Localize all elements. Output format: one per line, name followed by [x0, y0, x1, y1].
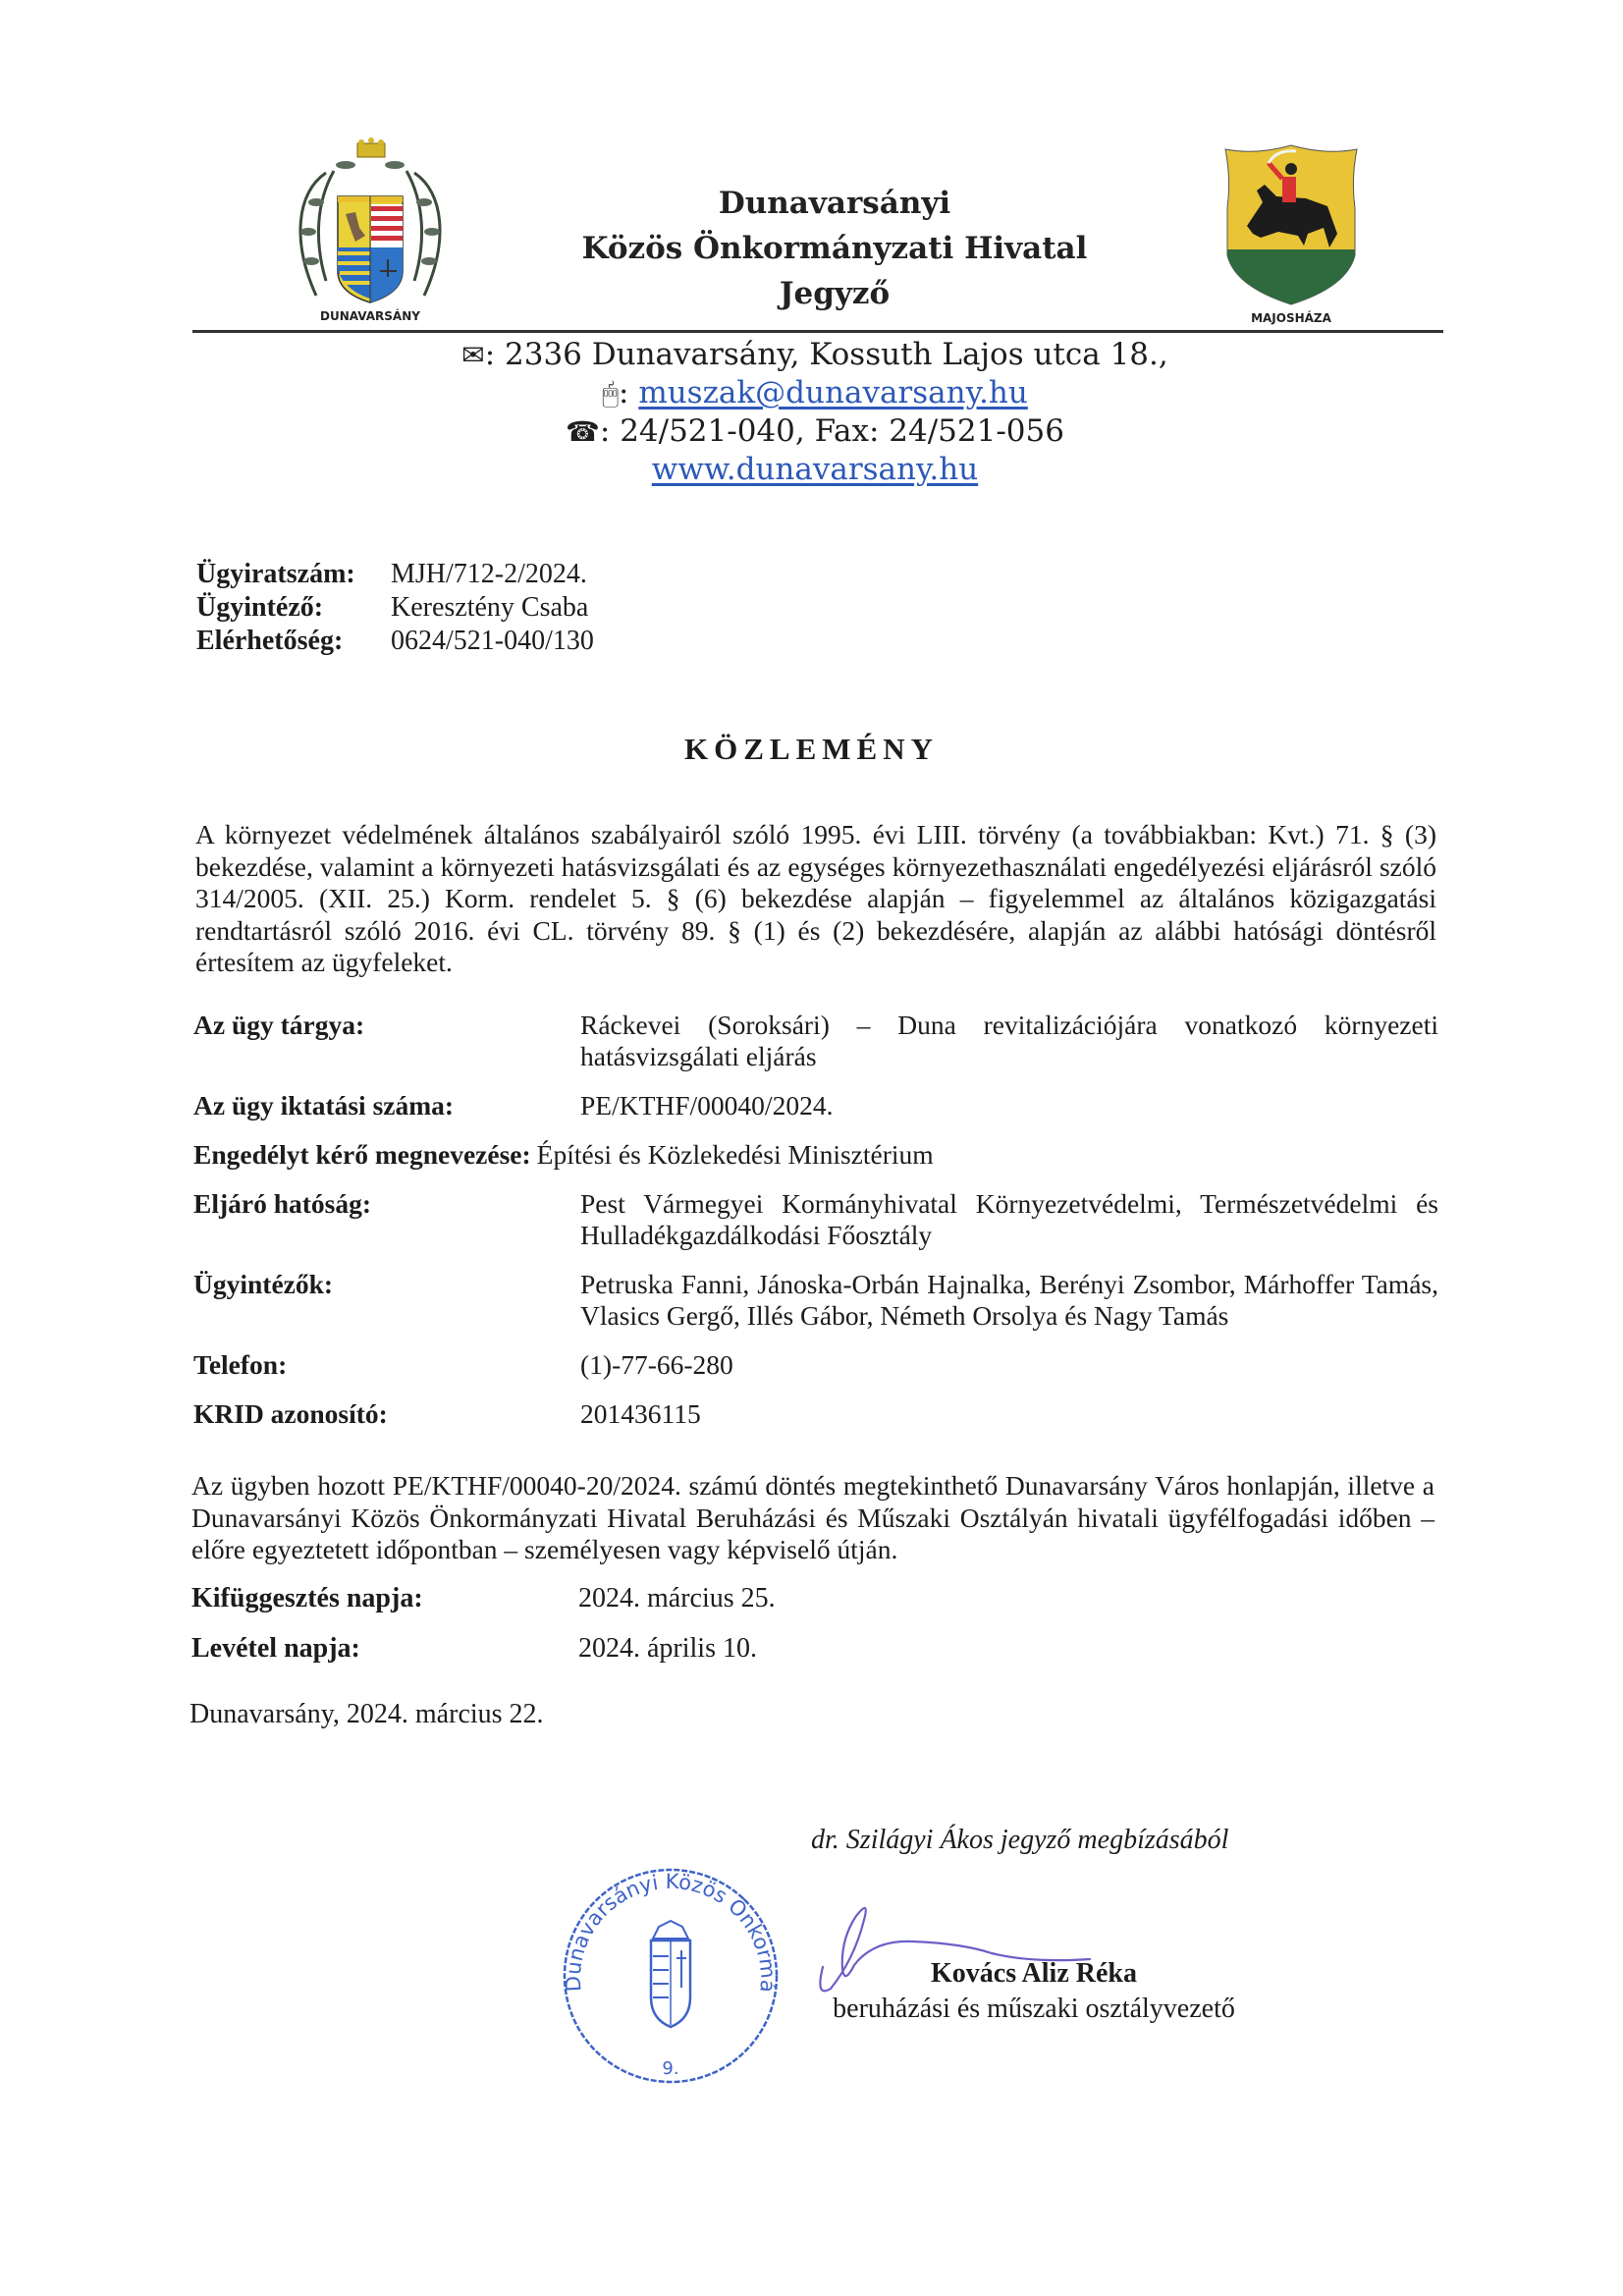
decision-paragraph: Az ügyben hozott PE/KTHF/00040-20/2024. …	[191, 1470, 1434, 1566]
date-row: Kifüggesztés napja: 2024. március 25.	[191, 1583, 776, 1614]
telephone-icon: ☎	[566, 415, 600, 448]
field-label: Az ügy iktatási száma:	[193, 1090, 580, 1121]
field-label: Eljáró hatóság:	[193, 1188, 580, 1251]
email-link[interactable]: muszak@dunavarsany.hu	[638, 375, 1027, 410]
contact-block: ✉: 2336 Dunavarsány, Kossuth Lajos utca …	[295, 336, 1335, 489]
address-text: : 2336 Dunavarsány, Kossuth Lajos utca 1…	[485, 337, 1168, 372]
reference-label: Ügyintéző:	[196, 591, 391, 625]
reference-row: Elérhetőség: 0624/521-040/130	[196, 625, 594, 658]
svg-text:DUNAVARSÁNY: DUNAVARSÁNY	[320, 308, 420, 323]
office-name-line3: Jegyző	[471, 271, 1198, 316]
reference-value: MJH/712-2/2024.	[391, 558, 587, 591]
signer-role: beruházási és műszaki osztályvezető	[793, 1994, 1274, 2025]
email-line: 🖱: muszak@dunavarsany.hu	[295, 374, 1335, 412]
field-value: PE/KTHF/00040/2024.	[580, 1090, 1438, 1121]
office-name-line2: Közös Önkormányzati Hivatal	[471, 226, 1198, 271]
dunavarsany-coat-of-arms: DUNAVARSÁNY	[287, 134, 454, 326]
reference-value: 0624/521-040/130	[391, 625, 594, 658]
case-details: Az ügy tárgya: Ráckevei (Soroksári) – Du…	[193, 1010, 1438, 1448]
field-value: 201436115	[580, 1398, 1438, 1430]
field-label: Engedélyt kérő megnevezése:	[193, 1139, 537, 1171]
field-label: Az ügy tárgya:	[193, 1010, 580, 1072]
phone-line: ☎: 24/521-040, Fax: 24/521-056	[295, 412, 1335, 451]
mouse-icon: 🖱	[602, 377, 619, 410]
reference-label: Elérhetőség:	[196, 625, 391, 658]
svg-text:9.: 9.	[662, 2058, 678, 2079]
envelope-icon: ✉	[461, 339, 484, 371]
posting-dates: Kifüggesztés napja: 2024. március 25. Le…	[191, 1583, 776, 1683]
field-value: Pest Vármegyei Kormányhivatal Környezetv…	[580, 1188, 1438, 1251]
field-label: KRID azonosító:	[193, 1398, 580, 1430]
official-stamp: Dunavarsányi Közös Önkormányzati Hivatal…	[543, 1850, 798, 2101]
field-value: Ráckevei (Soroksári) – Duna revitalizáci…	[580, 1010, 1438, 1072]
field-row: Engedélyt kérő megnevezése: Építési és K…	[193, 1139, 1438, 1171]
email-separator: :	[619, 375, 638, 410]
header-divider	[192, 330, 1443, 333]
document-title: KÖZLEMÉNY	[0, 732, 1623, 767]
svg-text:MAJOSHÁZA: MAJOSHÁZA	[1251, 310, 1332, 325]
date-row: Levétel napja: 2024. április 10.	[191, 1633, 776, 1665]
field-row: Az ügy tárgya: Ráckevei (Soroksári) – Du…	[193, 1010, 1438, 1072]
field-row: KRID azonosító: 201436115	[193, 1398, 1438, 1430]
reference-value: Keresztény Csaba	[391, 591, 588, 625]
date-label: Kifüggesztés napja:	[191, 1583, 578, 1614]
office-name-line1: Dunavarsányi	[471, 181, 1198, 226]
field-row: Telefon: (1)-77-66-280	[193, 1349, 1438, 1381]
reference-block: Ügyiratszám: MJH/712-2/2024. Ügyintéző: …	[196, 558, 594, 658]
signer-name: Kovács Aliz Réka	[793, 1958, 1274, 1990]
phone-text: : 24/521-040, Fax: 24/521-056	[600, 413, 1064, 449]
date-value: 2024. március 25.	[578, 1583, 776, 1614]
office-name: Dunavarsányi Közös Önkormányzati Hivatal…	[471, 181, 1198, 316]
signature-mandate: dr. Szilágyi Ákos jegyző megbízásából	[811, 1825, 1228, 1856]
field-label: Ügyintézők:	[193, 1269, 580, 1332]
field-value: Petruska Fanni, Jánoska-Orbán Hajnalka, …	[580, 1269, 1438, 1332]
svg-text:Dunavarsányi Közös Önkormányza: Dunavarsányi Közös Önkormányzati Hivatal	[543, 1850, 780, 1994]
stamp-text: Dunavarsányi Közös Önkormányzati Hivatal	[543, 1850, 780, 1994]
website-line: www.dunavarsany.hu	[295, 451, 1335, 489]
date-label: Levétel napja:	[191, 1633, 578, 1665]
field-row: Eljáró hatóság: Pest Vármegyei Kormányhi…	[193, 1188, 1438, 1251]
intro-paragraph: A környezet védelmének általános szabály…	[195, 819, 1436, 979]
field-label: Telefon:	[193, 1349, 580, 1381]
majoshaza-coat-of-arms: MAJOSHÁZA	[1217, 139, 1365, 326]
handwritten-signature	[795, 1900, 1119, 2008]
field-row: Az ügy iktatási száma: PE/KTHF/00040/202…	[193, 1090, 1438, 1121]
reference-row: Ügyiratszám: MJH/712-2/2024.	[196, 558, 594, 591]
field-row: Ügyintézők: Petruska Fanni, Jánoska-Orbá…	[193, 1269, 1438, 1332]
field-value: (1)-77-66-280	[580, 1349, 1438, 1381]
address-line: ✉: 2336 Dunavarsány, Kossuth Lajos utca …	[295, 336, 1335, 374]
place-and-date: Dunavarsány, 2024. március 22.	[189, 1699, 544, 1730]
reference-row: Ügyintéző: Keresztény Csaba	[196, 591, 594, 625]
date-value: 2024. április 10.	[578, 1633, 757, 1665]
field-value: Építési és Közlekedési Minisztérium	[537, 1139, 1438, 1171]
website-link[interactable]: www.dunavarsany.hu	[652, 452, 978, 487]
reference-label: Ügyiratszám:	[196, 558, 391, 591]
